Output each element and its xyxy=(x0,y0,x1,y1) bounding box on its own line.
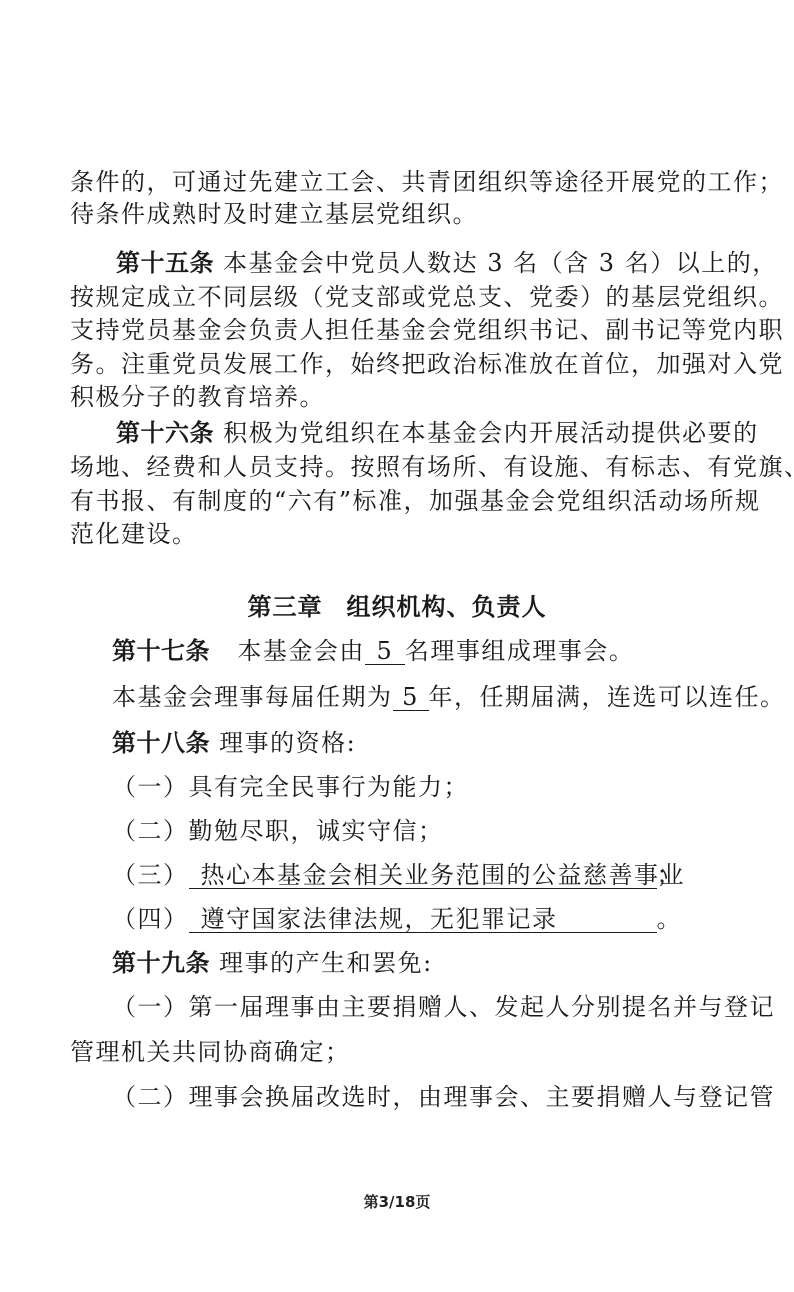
list-item-number: （一） xyxy=(112,773,189,801)
paragraph-line: 场地、经费和人员支持。按照有场所、有设施、有标志、有党旗、 xyxy=(70,452,794,482)
list-item-end-punct: 。 xyxy=(657,905,683,933)
chapter-heading: 第三章组织机构、负责人 xyxy=(0,592,794,622)
document-page: 条件的，可通过先建立工会、共青团组织等途径开展党的工作； 待条件成熟时及时建立基… xyxy=(0,0,794,1292)
article-16-text: 积极为党组织在本基金会内开展活动提供必要的 xyxy=(223,419,759,447)
list-item: （三）热心本基金会相关业务范围的公益慈善事业； xyxy=(112,860,682,890)
term-line: 本基金会理事每届任期为5年，任期届满，连选可以连任。 xyxy=(112,682,786,712)
list-item-filled-text: 热心本基金会相关业务范围的公益慈善事业 xyxy=(189,862,657,889)
list-item-number: （二） xyxy=(112,1083,189,1111)
article-15-first-line: 第十五条 本基金会中党员人数达 3 名（含 3 名）以上的， xyxy=(116,248,778,278)
article-19-heading: 理事的产生和罢免: xyxy=(219,949,433,977)
list-item-text: 第一届理事由主要捐赠人、发起人分别提名并与登记 xyxy=(189,993,776,1021)
chapter-title: 组织机构、负责人 xyxy=(347,593,547,621)
list-item: （四）遵守国家法律法规，无犯罪记录。 xyxy=(112,904,682,934)
paragraph-line: 支持党员基金会负责人担任基金会党组织书记、副书记等党内职 xyxy=(70,315,784,345)
list-item: （二）理事会换届改选时，由理事会、主要捐赠人与登记管 xyxy=(112,1082,775,1112)
page-number: 第3/18页 xyxy=(0,1191,794,1212)
paragraph-line: 管理机关共同协商确定； xyxy=(70,1037,351,1067)
paragraph-line: 范化建设。 xyxy=(70,519,198,549)
list-item: （二）勤勉尽职，诚实守信； xyxy=(112,816,444,846)
list-item-text: 理事会换届改选时，由理事会、主要捐赠人与登记管 xyxy=(189,1083,776,1111)
article-18-heading-line: 第十八条 理事的资格: xyxy=(112,728,356,758)
article-17-text: 本基金会由 xyxy=(237,637,365,665)
directors-count-value: 5 xyxy=(365,638,405,665)
paragraph-line: 有书报、有制度的“六有”标准，加强基金会党组织活动场所规 xyxy=(70,486,761,516)
list-item-number: （一） xyxy=(112,993,189,1021)
chapter-number: 第三章 xyxy=(248,593,323,621)
term-text: 本基金会理事每届任期为 xyxy=(112,683,393,711)
list-item-number: （四） xyxy=(112,905,189,933)
list-item-text: 具有完全民事行为能力； xyxy=(189,773,470,801)
article-18-label: 第十八条 xyxy=(112,729,210,757)
paragraph-line: 务。注重党员发展工作，始终把政治标准放在首位，加强对入党 xyxy=(70,349,784,379)
list-item-end-punct: ； xyxy=(657,861,683,889)
article-19-heading-line: 第十九条 理事的产生和罢免: xyxy=(112,948,433,978)
paragraph-line: 积极分子的教育培养。 xyxy=(70,382,325,412)
list-item: （一）第一届理事由主要捐赠人、发起人分别提名并与登记 xyxy=(112,992,775,1022)
article-17-label: 第十七条 xyxy=(112,637,210,665)
article-15-label: 第十五条 xyxy=(116,249,214,277)
article-17-line: 第十七条 本基金会由5名理事组成理事会。 xyxy=(112,636,634,666)
list-item-number: （三） xyxy=(112,861,189,889)
article-19-label: 第十九条 xyxy=(112,949,210,977)
paragraph-line: 按规定成立不同层级（党支部或党总支、党委）的基层党组织。 xyxy=(70,282,784,312)
term-text-after: 年，任期届满，连选可以连任。 xyxy=(429,683,786,711)
list-item-filled-text: 遵守国家法律法规，无犯罪记录 xyxy=(189,906,657,933)
list-item-text: 勤勉尽职，诚实守信； xyxy=(189,817,444,845)
article-18-heading: 理事的资格: xyxy=(219,729,356,757)
list-item-number: （二） xyxy=(112,817,189,845)
paragraph-line: 条件的，可通过先建立工会、共青团组织等途径开展党的工作； xyxy=(70,167,784,197)
article-15-text: 本基金会中党员人数达 3 名（含 3 名）以上的， xyxy=(223,249,778,277)
term-years-value: 5 xyxy=(393,684,429,711)
article-16-label: 第十六条 xyxy=(116,419,214,447)
article-17-text-after: 名理事组成理事会。 xyxy=(405,637,635,665)
list-item: （一）具有完全民事行为能力； xyxy=(112,772,469,802)
paragraph-line: 待条件成熟时及时建立基层党组织。 xyxy=(70,199,478,229)
article-16-first-line: 第十六条 积极为党组织在本基金会内开展活动提供必要的 xyxy=(116,418,759,448)
